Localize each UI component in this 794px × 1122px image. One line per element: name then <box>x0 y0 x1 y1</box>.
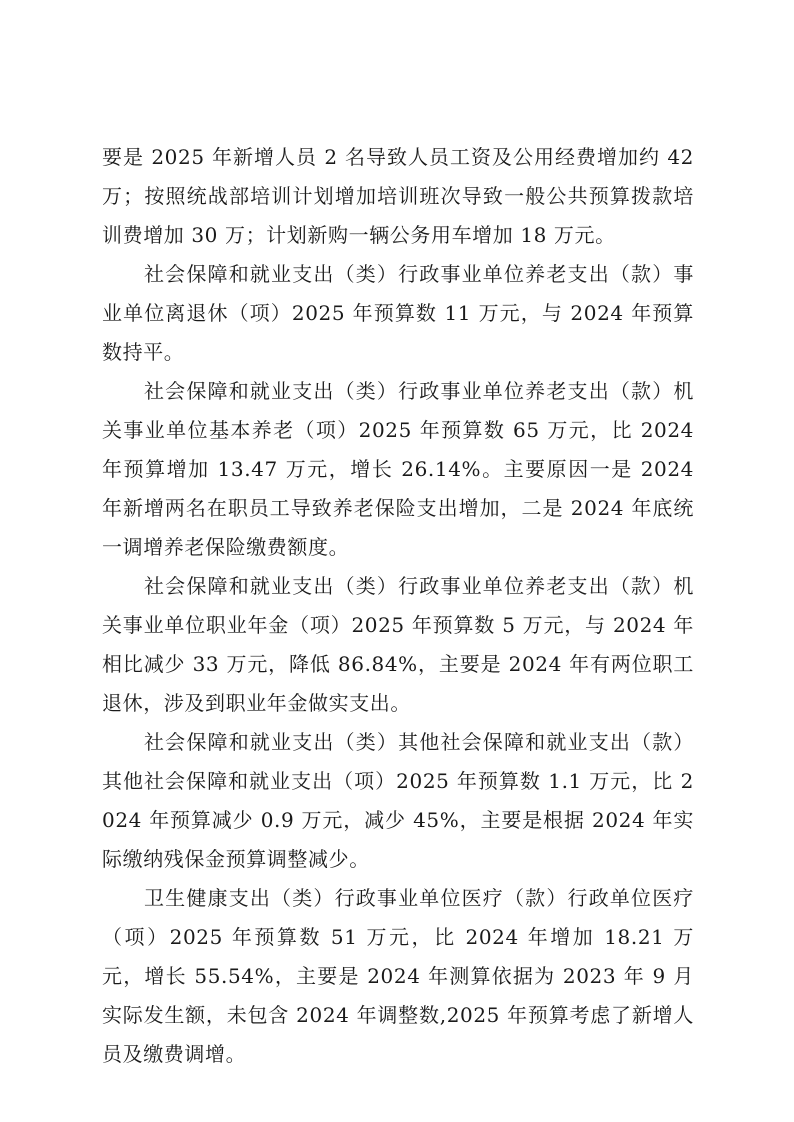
paragraph-continuation: 要是 2025 年新增人员 2 名导致人员工资及公用经费增加约 42 万；按照统… <box>102 138 694 255</box>
paragraph-retirement-institution: 社会保障和就业支出（类）行政事业单位养老支出（款）事业单位离退休（项）2025 … <box>102 255 694 372</box>
paragraph-other-social-security: 社会保障和就业支出（类）其他社会保障和就业支出（款）其他社会保障和就业支出（项）… <box>102 723 694 879</box>
paragraph-medical: 卫生健康支出（类）行政事业单位医疗（款）行政单位医疗（项）2025 年预算数 5… <box>102 879 694 1074</box>
paragraph-basic-pension: 社会保障和就业支出（类）行政事业单位养老支出（款）机关事业单位基本养老（项）20… <box>102 372 694 567</box>
document-page: 要是 2025 年新增人员 2 名导致人员工资及公用经费增加约 42 万；按照统… <box>102 138 694 1074</box>
paragraph-occupational-annuity: 社会保障和就业支出（类）行政事业单位养老支出（款）机关事业单位职业年金（项）20… <box>102 567 694 723</box>
